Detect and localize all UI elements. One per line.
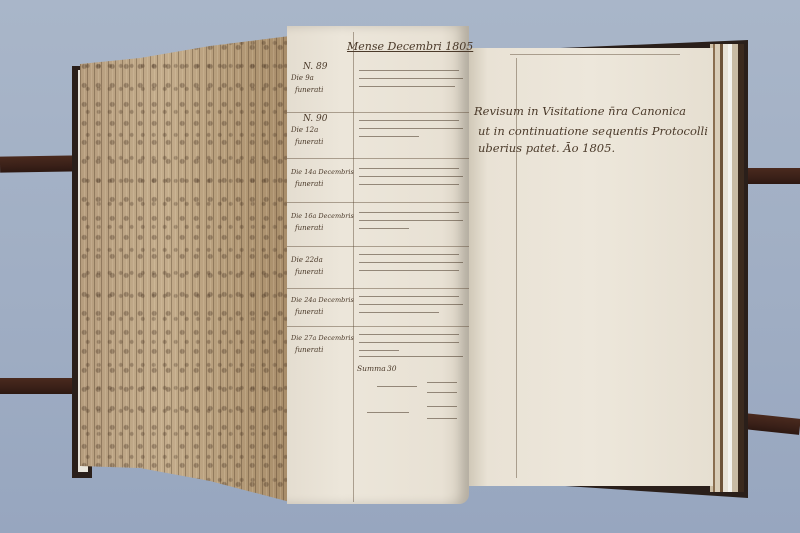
register-entry: Die 14a Decembris funerati — [287, 162, 469, 202]
summary-value: 30 — [387, 364, 397, 373]
left-strap-upper — [0, 155, 78, 172]
entry-note: funerati — [295, 180, 323, 188]
entry-date: Die 27a Decembris — [291, 334, 354, 342]
entry-note: funerati — [295, 346, 323, 354]
register-entry: N. 90 Die 12a funerati — [287, 114, 469, 154]
register-entry: Die 27a Decembris funerati — [287, 328, 469, 364]
summary-label: Summa — [357, 364, 386, 373]
right-page: Revisum in Visitatione n̄ra Canonica ut … — [468, 48, 713, 486]
right-strap-lower — [743, 413, 800, 435]
entry-date: Die 24a Decembris — [291, 296, 354, 304]
revision-note-line-1: Revisum in Visitatione n̄ra Canonica — [474, 104, 686, 118]
entry-number: N. 90 — [303, 114, 327, 124]
left-strap-lower — [0, 378, 78, 394]
revision-note-line-3: uberius patet. Āo 1805. — [478, 141, 615, 155]
register-entry: Die 22da funerati — [287, 248, 469, 288]
right-strap-upper — [744, 168, 800, 184]
right-page-edges — [710, 44, 744, 492]
entry-note: funerati — [295, 86, 323, 94]
right-page-top-rule — [510, 54, 680, 55]
register-entry: Die 24a Decembris funerati — [287, 290, 469, 326]
entry-note: funerati — [295, 138, 323, 146]
register-entry: N. 89 Die 9a funerati — [287, 62, 469, 110]
book-fore-edge — [80, 36, 290, 502]
right-page-margin-rule — [516, 58, 517, 478]
page-heading: Mense Decembri 1805 — [347, 40, 473, 53]
entry-date: Die 9a — [291, 74, 314, 82]
entry-note: funerati — [295, 268, 323, 276]
revision-note-line-2: ut in continuatione sequentis Protocolli — [478, 124, 708, 138]
entry-date: Die 14a Decembris — [291, 168, 354, 176]
register-entry: Die 16a Decembris funerati — [287, 206, 469, 246]
entry-note: funerati — [295, 224, 323, 232]
entry-date: Die 12a — [291, 126, 318, 134]
entry-number: N. 89 — [303, 62, 327, 72]
entry-date: Die 22da — [291, 256, 323, 264]
left-page: Mense Decembri 1805 N. 89 Die 9a funerat… — [287, 26, 469, 504]
entry-date: Die 16a Decembris — [291, 212, 354, 220]
entry-note: funerati — [295, 308, 323, 316]
